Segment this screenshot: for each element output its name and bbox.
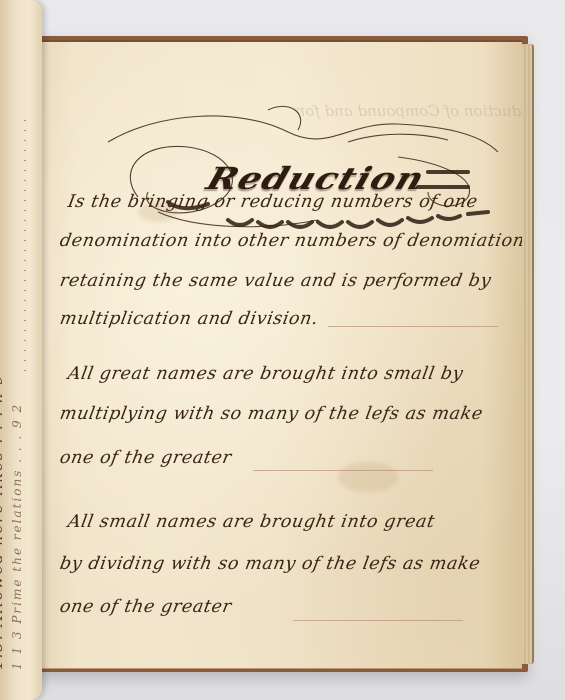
text-line: one of the greater [58, 597, 233, 617]
book-photo: In Reduction of Compound and for [0, 0, 565, 700]
margin-text: 1 1 3 Prime the relations . . . 9 2 [10, 30, 24, 670]
text-line: Is the bringing or reducing numbers of o… [66, 192, 479, 212]
text-line: by dividing with so many of the lefs as … [58, 554, 482, 574]
paper-stain [338, 462, 398, 492]
text-line: denomination into other numbers of denom… [58, 231, 522, 251]
dotted-leader [24, 120, 26, 380]
ruled-line [328, 326, 498, 327]
text-line: retaining the same value and is performe… [58, 271, 493, 291]
margin-text: 1.5. Allowed here likes . . . n 9 [0, 30, 6, 670]
text-line: multiplying with so many of the lefs as … [58, 404, 484, 424]
text-line: one of the greater [58, 448, 233, 468]
text-line: All great names are brought into small b… [66, 364, 465, 384]
manuscript-page: In Reduction of Compound and for [38, 40, 522, 669]
text-line: multiplication and division. [58, 309, 320, 329]
heading-flourish: Reduction [98, 102, 518, 242]
text-line: All small names are brought into great [66, 512, 436, 532]
ruled-line [253, 470, 433, 471]
left-page-curl: 1.5. Allowed here likes . . . n 9 1 1 3 … [0, 0, 42, 700]
ruled-line [293, 620, 463, 621]
